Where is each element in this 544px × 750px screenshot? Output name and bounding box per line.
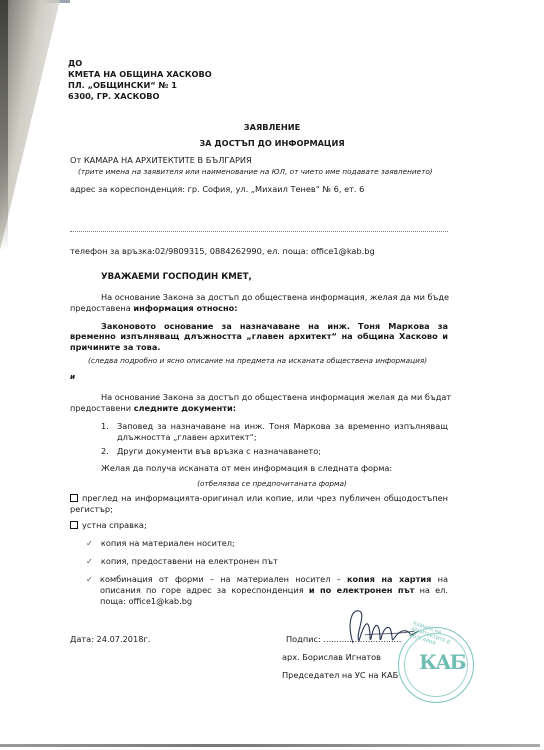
subject-hint: (следва подробно и ясно описание на пред…	[88, 356, 427, 366]
applicant-hint: (трите имена на заявителя или наименован…	[78, 167, 433, 177]
text: предоставени	[70, 403, 134, 413]
checkbox-empty-icon[interactable]	[70, 521, 78, 529]
applicant-from: От КАМАРА НА АРХИТЕКТИТЕ В БЪЛГАРИЯ	[70, 155, 252, 165]
conjunction: и	[70, 372, 75, 382]
option-label: устна справка;	[82, 520, 147, 530]
option-electronic-copies[interactable]: ✓копия, предоставени на електронен път	[86, 556, 278, 566]
text: предоставена	[70, 303, 133, 313]
form-intro: Желая да получа исканата от мен информац…	[101, 463, 392, 473]
contact-info: телефон за връзка:02/9809315, 0884262990…	[70, 246, 375, 256]
option-label: копия, предоставени на електронен път	[101, 556, 278, 566]
document-subtitle: ЗА ДОСТЪП ДО ИНФОРМАЦИЯ	[0, 138, 544, 148]
paragraph-2-line-1: На основание Закона за достъп до обществ…	[101, 392, 451, 402]
recipient-line: КМЕТА НА ОБЩИНА ХАСКОВО	[68, 69, 212, 80]
document-item: Други документи във връзка с назначаване…	[117, 446, 321, 456]
scan-edge-bottom	[0, 744, 540, 747]
request-subject: Законовото основание за назначаване на и…	[70, 321, 448, 352]
option-label: копия на материален носител;	[101, 538, 235, 548]
checkbox-empty-icon[interactable]	[70, 494, 78, 502]
paragraph-1-line-1: На основание Закона за достъп до обществ…	[101, 292, 449, 302]
option-combination[interactable]: комбинация от форми – на материален носи…	[100, 574, 448, 607]
document-number: 2.	[101, 446, 109, 456]
organization-stamp: КАМАРА НА АРХИТЕКТИТЕ В БЪЛГАРИЯ КАБ	[398, 627, 474, 703]
emphasis-text: копия на хартия	[347, 574, 431, 584]
emphasis-text: и по електронен път	[309, 585, 415, 595]
correspondence-address: адрес за кореспонденция: гр. София, ул. …	[70, 184, 364, 194]
checkmark-icon: ✓	[86, 574, 101, 584]
text: комбинация от форми – на материален носи…	[100, 574, 347, 584]
checkmark-icon: ✓	[86, 538, 93, 548]
document-title: ЗАЯВЛЕНИЕ	[0, 122, 544, 132]
option-review[interactable]: преглед на информацията-оригинал или коп…	[70, 493, 448, 515]
document-number: 1.	[101, 421, 109, 431]
document-item: Заповед за назначаване на инж. Тоня Марк…	[117, 421, 448, 442]
emphasis-text: информация относно:	[133, 303, 237, 313]
stamp-logo: КАБ	[419, 650, 465, 674]
paragraph-1-line-2: предоставена информация относно:	[70, 303, 238, 313]
signer-name: арх. Борислав Игнатов	[282, 652, 381, 662]
recipient-line: 6300, ГР. ХАСКОВО	[68, 91, 159, 102]
form-hint: (отбелязва се предпочитаната форма)	[0, 479, 544, 489]
recipient-line: ДО	[68, 58, 82, 69]
option-oral[interactable]: устна справка;	[70, 520, 147, 530]
option-material-copies[interactable]: ✓копия на материален носител;	[86, 538, 235, 548]
recipient-line: ПЛ. „ОБЩИНСКИ“ № 1	[68, 80, 177, 91]
signer-title: Председател на УС на КАБ	[282, 670, 398, 680]
date: Дата: 24.07.2018г.	[70, 634, 150, 644]
emphasis-text: следните документи:	[134, 403, 236, 413]
checkmark-icon: ✓	[86, 556, 93, 566]
dotted-line	[70, 231, 448, 232]
salutation: УВАЖАЕМИ ГОСПОДИН КМЕТ,	[101, 272, 252, 282]
paragraph-2-line-2: предоставени следните документи:	[70, 403, 236, 413]
option-label: преглед на информацията-оригинал или коп…	[70, 493, 448, 514]
